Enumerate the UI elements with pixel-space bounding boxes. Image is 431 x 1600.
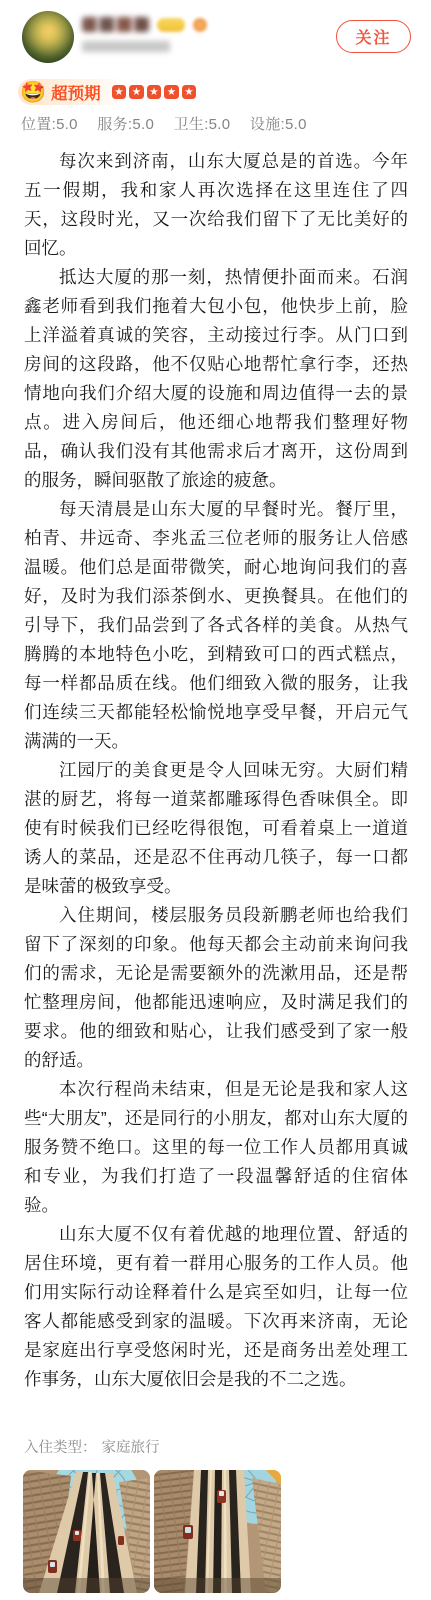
user-meta <box>82 17 207 52</box>
review-page: 关注 🤩 超预期 ★ ★ ★ ★ ★ 位置:5.0 服务:5.0 卫生:5.0 … <box>0 0 431 1600</box>
hotel-atrium-photo-1[interactable] <box>23 1470 150 1593</box>
stay-type-label: 入住类型： <box>24 1440 97 1456</box>
exceeded-expectation-label: 超预期 <box>51 80 101 104</box>
review-header: 关注 <box>22 11 411 67</box>
review-date-redacted <box>82 41 170 52</box>
star-icon: ★ <box>112 85 127 100</box>
review-badge-row: 🤩 超预期 ★ ★ ★ ★ ★ <box>20 79 196 105</box>
stay-type-value: 家庭旅行 <box>102 1440 160 1456</box>
review-text: 每次来到济南，山东大厦总是的首选。今年五一假期，我和家人再次选择在这里连住了四天… <box>24 147 408 1394</box>
follow-button[interactable]: 关注 <box>336 20 411 53</box>
rating-facilities: 设施:5.0 <box>250 116 307 133</box>
user-avatar[interactable] <box>22 11 74 63</box>
user-medal-icon <box>193 18 207 32</box>
five-star-rating: ★ ★ ★ ★ ★ <box>112 85 197 100</box>
review-paragraph: 每天清晨是山东大厦的早餐时光。餐厅里，柏青、井远奇、李兆孟三位老师的服务让人倍感… <box>24 495 408 756</box>
review-paragraph: 每次来到济南，山东大厦总是的首选。今年五一假期，我和家人再次选择在这里连住了四天… <box>24 147 408 263</box>
rating-hygiene: 卫生:5.0 <box>174 116 231 133</box>
star-icon: ★ <box>164 85 179 100</box>
stay-type-row: 入住类型：家庭旅行 <box>24 1436 160 1457</box>
star-icon: ★ <box>147 85 162 100</box>
star-icon: ★ <box>129 85 144 100</box>
username-redacted[interactable] <box>82 17 149 32</box>
atrium-photo-2-graphic <box>154 1470 281 1593</box>
review-paragraph: 山东大厦不仅有着优越的地理位置、舒适的居住环境，更有着一群用心服务的工作人员。他… <box>24 1220 408 1394</box>
review-paragraph: 入住期间，楼层服务员段新鹏老师也给我们留下了深刻的印象。他每天都会主动前来询问我… <box>24 901 408 1075</box>
review-paragraph: 江园厅的美食更是令人回味无穷。大厨们精湛的厨艺，将每一道菜都雕琢得色香味俱全。即… <box>24 756 408 901</box>
star-struck-emoji-icon: 🤩 <box>20 79 46 105</box>
user-level-badge-icon <box>157 18 185 32</box>
sub-ratings-row: 位置:5.0 服务:5.0 卫生:5.0 设施:5.0 <box>21 113 322 134</box>
hotel-atrium-photo-2[interactable] <box>154 1470 281 1593</box>
rating-service: 服务:5.0 <box>97 116 154 133</box>
star-icon: ★ <box>182 85 197 100</box>
review-paragraph: 抵达大厦的那一刻，热情便扑面而来。石润鑫老师看到我们拖着大包小包，他快步上前，脸… <box>24 263 408 495</box>
avatar-image-blurred <box>22 11 74 63</box>
review-paragraph: 本次行程尚未结束，但是无论是我和家人这些“大朋友”，还是同行的小朋友，都对山东大… <box>24 1075 408 1220</box>
atrium-photo-1-graphic <box>23 1470 150 1593</box>
review-photos <box>23 1470 281 1593</box>
rating-location: 位置:5.0 <box>21 116 78 133</box>
